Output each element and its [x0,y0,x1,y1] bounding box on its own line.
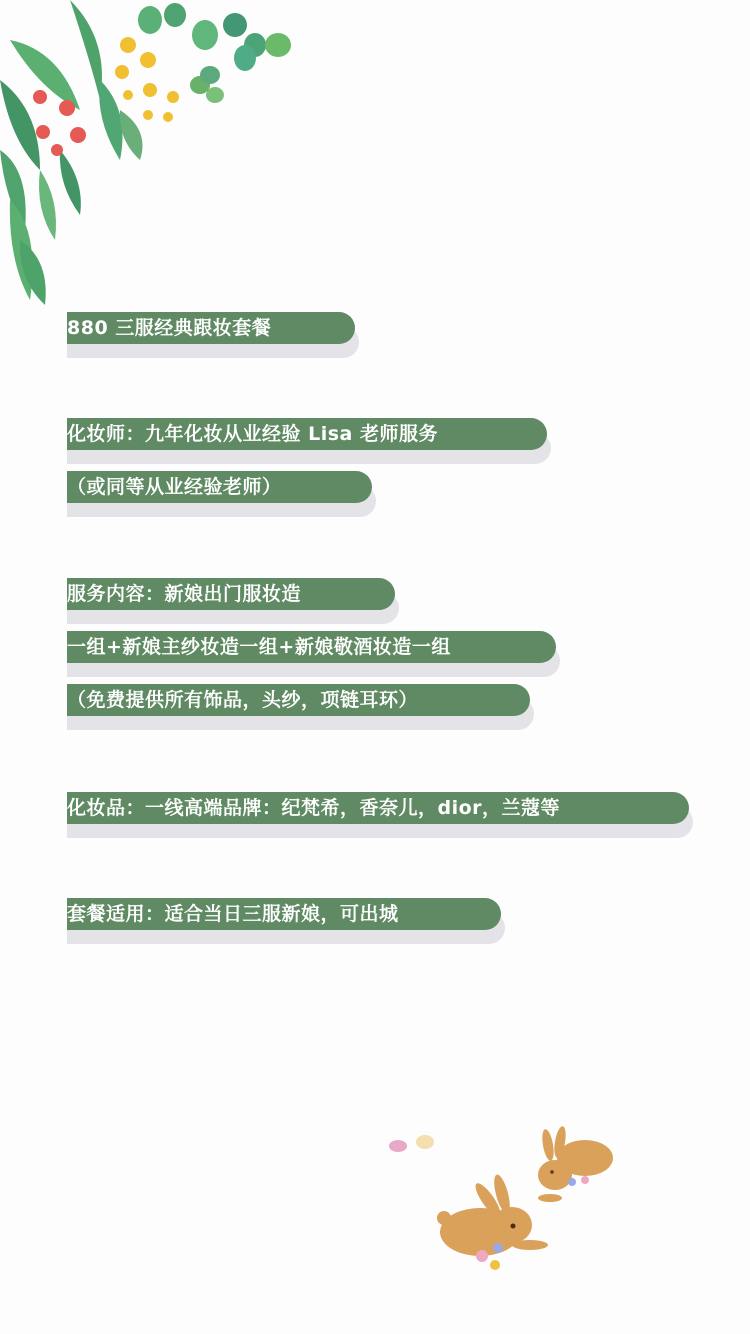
cosmetics-bar: 化妆品：一线高端品牌：纪梵希，香奈儿，dior，兰蔻等 [67,792,689,838]
artist-line-bar: 化妆师：九年化妆从业经验 Lisa 老师服务 [67,418,547,464]
artist-line: 化妆师：九年化妆从业经验 Lisa 老师服务 [67,418,547,450]
accessories-line: （免费提供所有饰品，头纱，项链耳环） [67,684,530,716]
accessories-bar: （免费提供所有饰品，头纱，项链耳环） [67,684,530,730]
cosmetics-line: 化妆品：一线高端品牌：纪梵希，香奈儿，dior，兰蔻等 [67,792,689,824]
applicable-bar: 套餐适用：适合当日三服新娘，可出城 [67,898,501,944]
service-detail-bar: 一组+新娘主纱妆造一组+新娘敬酒妆造一组 [67,631,556,677]
bunnies-icon [380,1120,630,1290]
package-title: 880 三服经典跟妆套餐 [67,312,355,344]
artist-alt-bar: （或同等从业经验老师） [67,471,372,517]
applicable-line: 套餐适用：适合当日三服新娘，可出城 [67,898,501,930]
package-title-bar: 880 三服经典跟妆套餐 [67,312,355,358]
service-line: 服务内容：新娘出门服妆造 [67,578,395,610]
service-line-bar: 服务内容：新娘出门服妆造 [67,578,395,624]
artist-alt-line: （或同等从业经验老师） [67,471,372,503]
service-detail-line: 一组+新娘主纱妆造一组+新娘敬酒妆造一组 [67,631,556,663]
floral-leaves-icon [0,0,300,310]
